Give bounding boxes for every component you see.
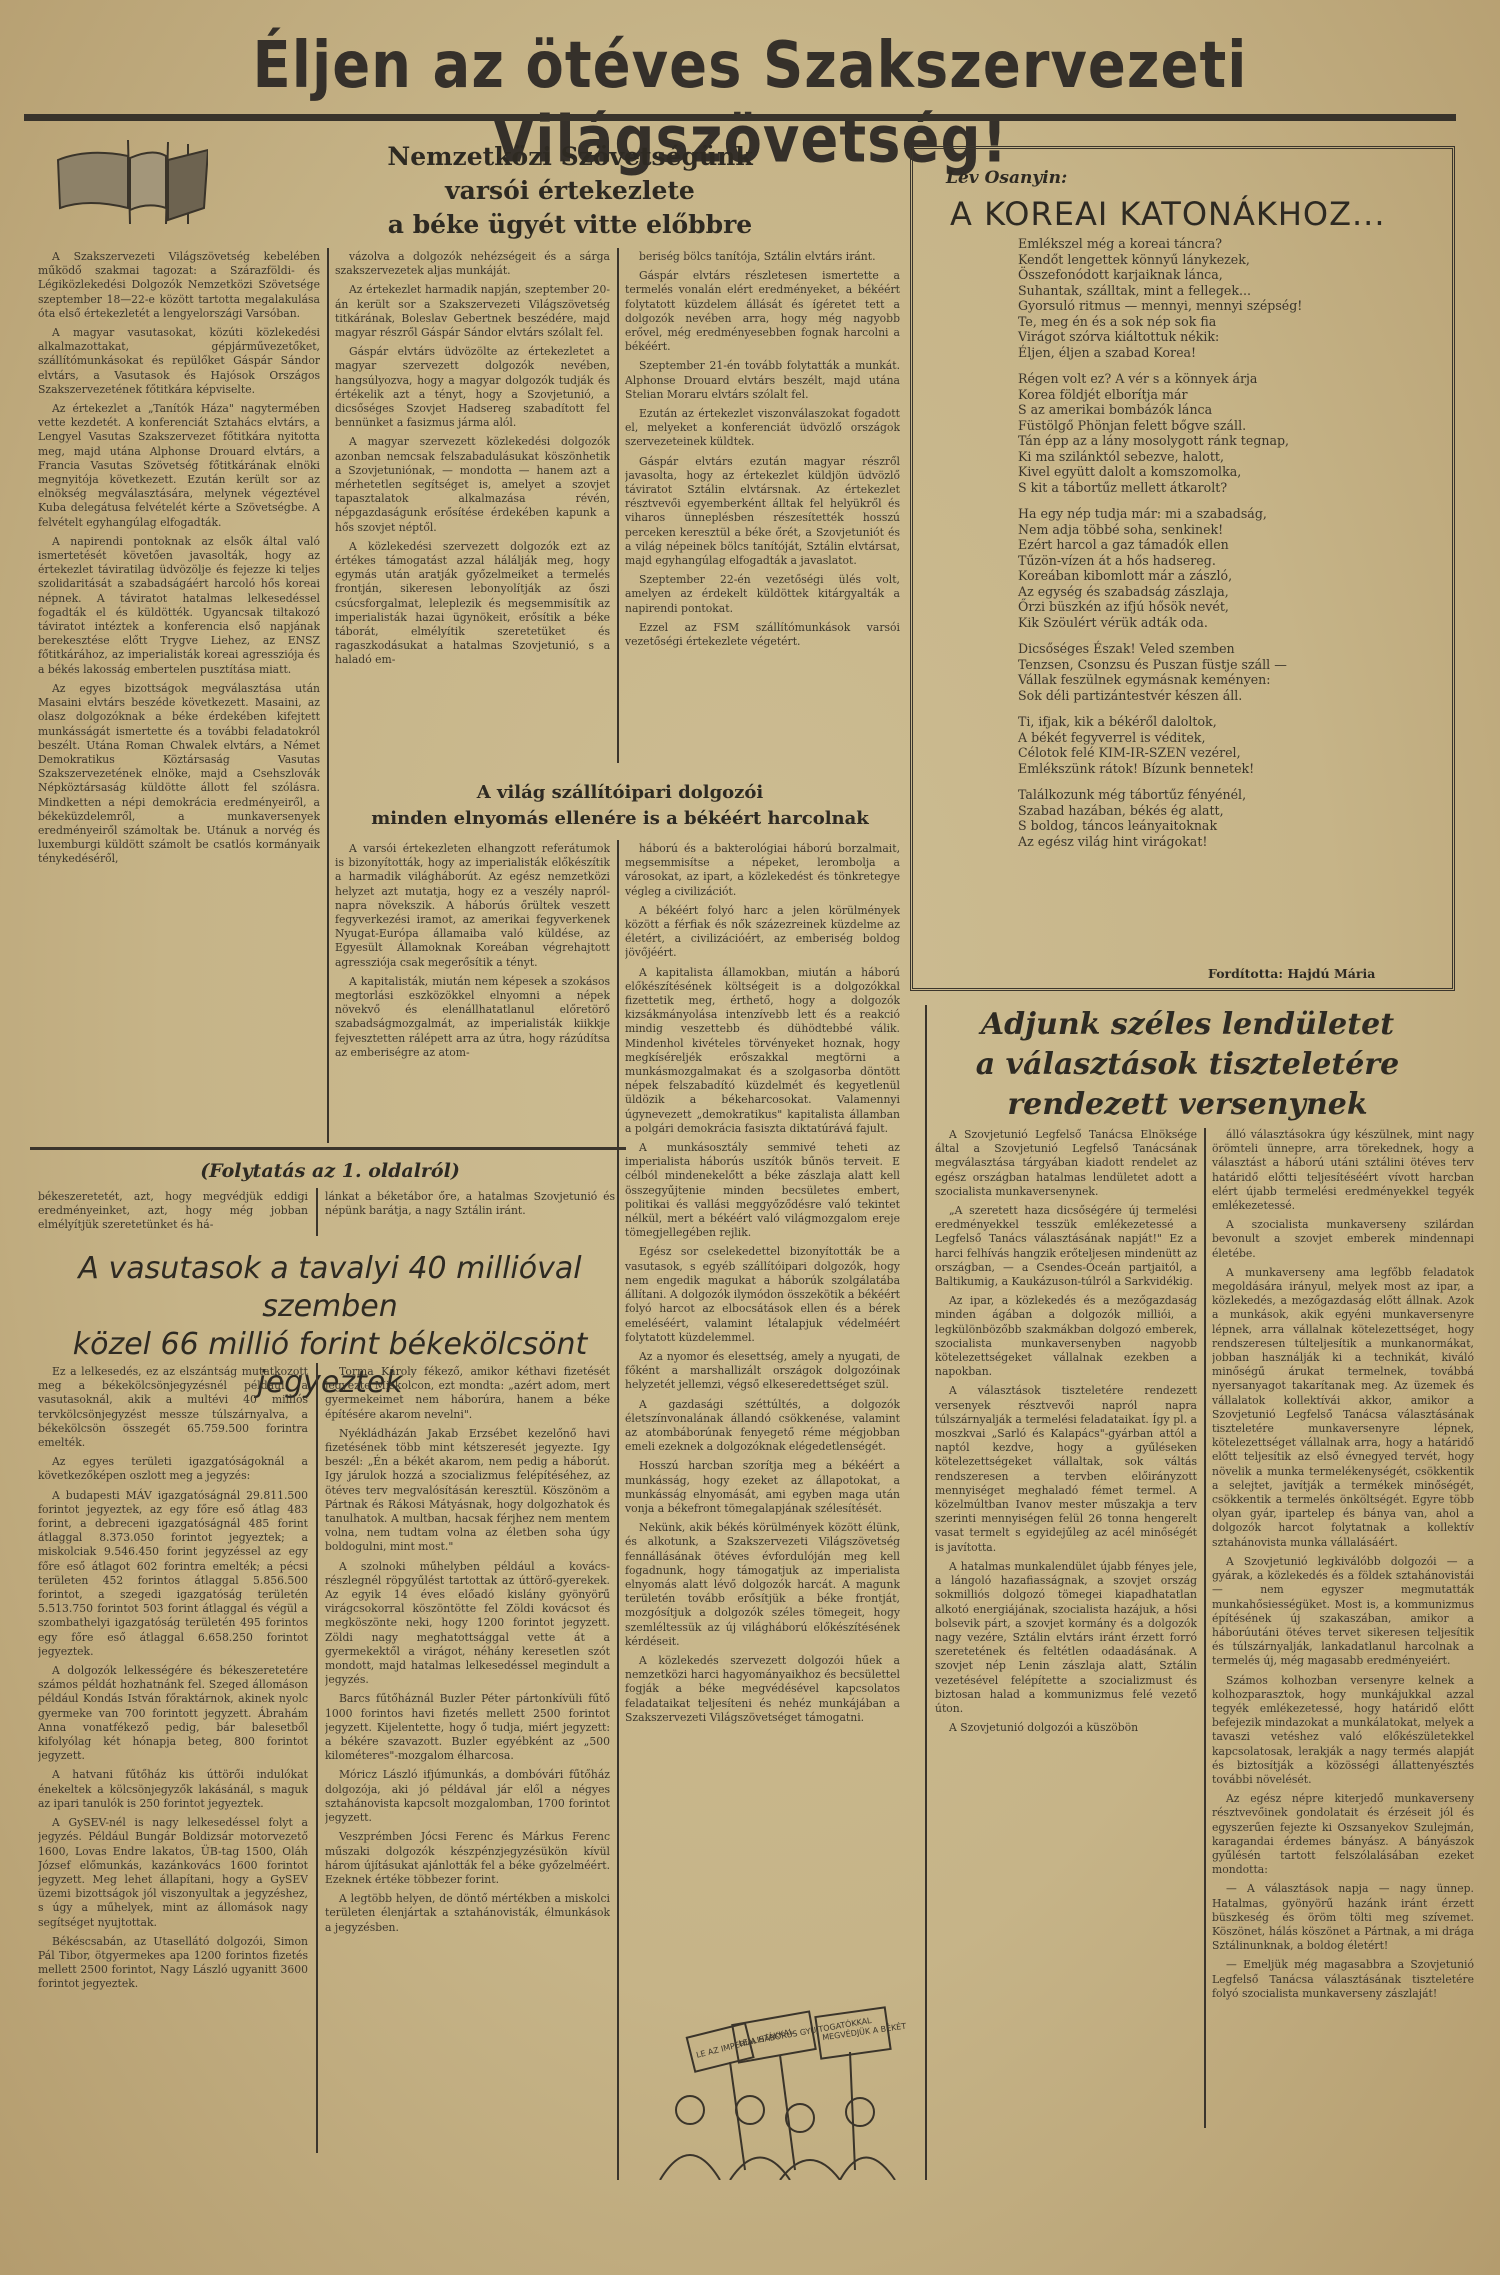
poem-line: Emlékszel még a koreai táncra? bbox=[1018, 236, 1438, 252]
paragraph: Hosszú harcban szorítja meg a békéért a … bbox=[625, 1459, 900, 1516]
paragraph: Számos kolhozban versenyre kelnek a kolh… bbox=[1212, 1674, 1474, 1788]
article-warsaw-col1: A Szakszervezeti Világszövetség kebelébe… bbox=[38, 250, 320, 1140]
poem-stanza: Dicsőséges Észak! Veled szembenTenzsen, … bbox=[1018, 641, 1438, 703]
paragraph: Nyékládházán Jakab Erzsébet kezelőnő hav… bbox=[325, 1427, 610, 1555]
paragraph: A kapitalisták, miután nem képesek a szo… bbox=[335, 975, 610, 1060]
paragraph: A gazdasági széttúltés, a dolgozók élets… bbox=[625, 1398, 900, 1455]
poem-line: A békét fegyverrel is véditek, bbox=[1018, 730, 1438, 746]
paragraph: beriség bölcs tanítója, Sztálin elvtárs … bbox=[625, 250, 900, 264]
paragraph: Torma Károly fékező, amikor kéthavi fize… bbox=[325, 1365, 610, 1422]
article-railway-col2: Torma Károly fékező, amikor kéthavi fize… bbox=[325, 1365, 610, 2155]
paragraph: — Emeljük még magasabbra a Szovjetunió L… bbox=[1212, 1958, 1474, 2001]
continued-col2: lánkat a béketábor őre, a hatalmas Szovj… bbox=[325, 1190, 615, 1236]
paragraph: A békéért folyó harc a jelen körülmények… bbox=[625, 904, 900, 961]
headline-transport-workers: A világ szállítóipari dolgozói minden el… bbox=[330, 780, 910, 832]
column-divider bbox=[617, 248, 619, 763]
poem-line: Ha egy nép tudja már: mi a szabadság, bbox=[1018, 506, 1438, 522]
article-warsaw-col3: beriség bölcs tanítója, Sztálin elvtárs … bbox=[625, 250, 900, 765]
paragraph: Barcs fűtőháznál Buzler Péter pártonkívü… bbox=[325, 1692, 610, 1763]
demonstration-illustration: LE AZ IMPERIALISTÁKKAL LE A HÁBORÚS GYUJ… bbox=[650, 2000, 910, 2180]
paragraph: A közlekedési szervezett dolgozók ezt az… bbox=[335, 540, 610, 668]
poem-line: Régen volt ez? A vér s a könnyek árja bbox=[1018, 371, 1438, 387]
poem-stanza: Emlékszel még a koreai táncra?Kendőt len… bbox=[1018, 236, 1438, 360]
article-transport-col2: háború és a bakterológiai háború borzalm… bbox=[625, 842, 900, 1970]
headline-competition: Adjunk széles lendületet a választások t… bbox=[915, 1005, 1460, 1125]
paragraph: A Szovjetunió legkiválóbb dolgozói — a g… bbox=[1212, 1555, 1474, 1669]
column-divider bbox=[925, 1005, 927, 2180]
paragraph: A Szovjetunió dolgozói a küszöbön bbox=[935, 1721, 1197, 1735]
poem-line: Virágot szórva kiáltottuk nékik: bbox=[1018, 329, 1438, 345]
paragraph: A kapitalista államokban, miután a hábor… bbox=[625, 966, 900, 1136]
headline-line: A világ szállítóipari dolgozói bbox=[330, 780, 910, 806]
poem-line: Az egység és szabadság zászlaja, bbox=[1018, 584, 1438, 600]
paragraph: vázolva a dolgozók nehézségeit és a sárg… bbox=[335, 250, 610, 278]
poem-line: Füstölgő Phönjan felett bőgve száll. bbox=[1018, 418, 1438, 434]
poem-line: Kendőt lengettek könnyű lánykezek, bbox=[1018, 252, 1438, 268]
poem-line: Célotok felé KIM-IR-SZEN vezérel, bbox=[1018, 745, 1438, 761]
paragraph: A Szovjetunió Legfelső Tanácsa Elnöksége… bbox=[935, 1128, 1197, 1199]
paragraph: Ezután az értekezlet viszonválaszokat fo… bbox=[625, 407, 900, 450]
poem-line: Találkozunk még tábortűz fényénél, bbox=[1018, 787, 1438, 803]
headline-line: a választások tiszteletére bbox=[915, 1045, 1460, 1085]
paragraph: A napirendi pontoknak az elsők által val… bbox=[38, 535, 320, 677]
poem-line: Őrzi büszkén az ifjú hősök nevét, bbox=[1018, 599, 1438, 615]
paragraph: A munkásosztály semmivé teheti az imperi… bbox=[625, 1141, 900, 1240]
poem-line: Koreában kibomlott már a zászló, bbox=[1018, 568, 1438, 584]
poem-line: Gyorsuló ritmus — mennyi, mennyi szépség… bbox=[1018, 298, 1438, 314]
poem-line: Te, meg én és a sok nép sok fia bbox=[1018, 314, 1438, 330]
column-divider bbox=[1204, 1128, 1206, 2128]
paragraph: Móricz László ifjúmunkás, a dombóvári fű… bbox=[325, 1768, 610, 1825]
paragraph: A magyar vasutasokat, közúti közlekedési… bbox=[38, 326, 320, 397]
poem-line: Ti, ifjak, kik a békéről daloltok, bbox=[1018, 714, 1438, 730]
section-rule bbox=[30, 1147, 626, 1150]
paragraph: Gáspár elvtárs ezután magyar részről jav… bbox=[625, 455, 900, 569]
poem-line: S boldog, táncos leányaitoknak bbox=[1018, 818, 1438, 834]
poem-line: S kit a tábortűz mellett átkarolt? bbox=[1018, 480, 1438, 496]
column-divider bbox=[617, 840, 619, 2180]
paragraph: A legtöbb helyen, de döntő mértékben a m… bbox=[325, 1892, 610, 1935]
paragraph: lánkat a béketábor őre, a hatalmas Szovj… bbox=[325, 1190, 615, 1218]
poem-line: Tenzsen, Csonzsu és Puszan füstje száll … bbox=[1018, 657, 1438, 673]
headline-line: Nemzetközi Szövetségünk bbox=[240, 140, 900, 174]
paragraph: Az egyes területi igazgatóságoknál a köv… bbox=[38, 1455, 308, 1483]
paragraph: A szocialista munkaverseny szilárdan bev… bbox=[1212, 1218, 1474, 1261]
paragraph: A közlekedés szervezett dolgozói hűek a … bbox=[625, 1654, 900, 1725]
paragraph: Gáspár elvtárs részletesen ismertette a … bbox=[625, 269, 900, 354]
poem-line: Ki ma szilánktól sebezve, halott, bbox=[1018, 449, 1438, 465]
headline-warsaw-conference: Nemzetközi Szövetségünk varsói értekezle… bbox=[240, 140, 900, 242]
poem-line: Suhantak, szálltak, mint a fellegek... bbox=[1018, 283, 1438, 299]
headline-line: minden elnyomás ellenére is a békéért ha… bbox=[330, 806, 910, 832]
paragraph: Gáspár elvtárs üdvözölte az értekezletet… bbox=[335, 345, 610, 430]
poem-line: Korea földjét elborítja már bbox=[1018, 387, 1438, 403]
article-warsaw-col2: vázolva a dolgozók nehézségeit és a sárg… bbox=[335, 250, 610, 765]
poem-author: Lev Osanyin: bbox=[946, 168, 1067, 188]
poem-line: Éljen, éljen a szabad Korea! bbox=[1018, 345, 1438, 361]
paragraph: A varsói értekezleten elhangzott referát… bbox=[335, 842, 610, 970]
article-railway-col1: Ez a lelkesedés, ez az elszántság mutatk… bbox=[38, 1365, 308, 2185]
poem-line: Dicsőséges Észak! Veled szemben bbox=[1018, 641, 1438, 657]
paragraph: A hatalmas munkalendület újabb fényes je… bbox=[935, 1560, 1197, 1716]
poem-body: Emlékszel még a koreai táncra?Kendőt len… bbox=[1018, 236, 1438, 860]
paragraph: Veszprémben Jócsi Ferenc és Márkus Feren… bbox=[325, 1830, 610, 1887]
article-competition-col2: álló választásokra úgy készülnek, mint n… bbox=[1212, 1128, 1474, 2128]
poem-line: Kik Szöulért vérük adták oda. bbox=[1018, 615, 1438, 631]
headline-line: Adjunk széles lendületet bbox=[915, 1005, 1460, 1045]
paragraph: Az ipar, a közlekedés és a mezőgazdaság … bbox=[935, 1294, 1197, 1379]
paragraph: A magyar szervezett közlekedési dolgozók… bbox=[335, 435, 610, 534]
paragraph: Az értekezlet a „Tanítók Háza" nagytermé… bbox=[38, 402, 320, 530]
poem-line: Ezért harcol a gaz támadók ellen bbox=[1018, 537, 1438, 553]
poem-translator: Fordította: Hajdú Mária bbox=[1208, 966, 1375, 981]
paragraph: Az egyes bizottságok megválasztása után … bbox=[38, 682, 320, 867]
paragraph: Az egész népre kiterjedő munkaverseny ré… bbox=[1212, 1792, 1474, 1877]
column-divider bbox=[316, 1363, 318, 2153]
poem-line: Tán épp az a lány mosolygott ránk tegnap… bbox=[1018, 433, 1438, 449]
paragraph: Békéscsabán, az Utasellátó dolgozói, Sim… bbox=[38, 1935, 308, 1992]
poem-line: Az egész világ hint virágokat! bbox=[1018, 834, 1438, 850]
paragraph: békeszeretetét, azt, hogy megvédjük eddi… bbox=[38, 1190, 308, 1233]
poem-line: Kivel együtt dalolt a komszomolka, bbox=[1018, 464, 1438, 480]
column-divider bbox=[316, 1188, 318, 1236]
headline-line: A vasutasok a tavalyi 40 millióval szemb… bbox=[30, 1250, 630, 1326]
paragraph: Egész sor cselekedettel bizonyították be… bbox=[625, 1245, 900, 1344]
paragraph: Ez a lelkesedés, ez az elszántság mutatk… bbox=[38, 1365, 308, 1450]
poem-stanza: Ha egy nép tudja már: mi a szabadság,Nem… bbox=[1018, 506, 1438, 630]
column-divider bbox=[327, 248, 329, 1143]
paragraph: A szolnoki műhelyben például a kovács-ré… bbox=[325, 1560, 610, 1688]
paragraph: Ezzel az FSM szállítómunkások varsói vez… bbox=[625, 621, 900, 649]
masthead-rule bbox=[24, 114, 1456, 121]
paragraph: A GySEV-nél is nagy lelkesedéssel folyt … bbox=[38, 1816, 308, 1930]
paragraph: A választások tiszteletére rendezett ver… bbox=[935, 1384, 1197, 1554]
headline-line: közel 66 millió forint békekölcsönt bbox=[30, 1326, 630, 1364]
article-competition-col1: A Szovjetunió Legfelső Tanácsa Elnöksége… bbox=[935, 1128, 1197, 2128]
poem-stanza: Régen volt ez? A vér s a könnyek árjaKor… bbox=[1018, 371, 1438, 495]
paragraph: Szeptember 22-én vezetőségi ülés volt, a… bbox=[625, 573, 900, 616]
paragraph: háború és a bakterológiai háború borzalm… bbox=[625, 842, 900, 899]
poem-line: S az amerikai bombázók lánca bbox=[1018, 402, 1438, 418]
poem-line: Vállak feszülnek egymásnak keményen: bbox=[1018, 672, 1438, 688]
headline-line: a béke ügyét vitte előbbre bbox=[240, 208, 900, 242]
paragraph: — A választások napja — nagy ünnep. Hata… bbox=[1212, 1882, 1474, 1953]
poem-line: Tűzön-vízen át a hős hadsereg. bbox=[1018, 553, 1438, 569]
paragraph: A dolgozók lelkességére és békeszereteté… bbox=[38, 1664, 308, 1763]
paragraph: A budapesti MÁV igazgatóságnál 29.811.50… bbox=[38, 1489, 308, 1659]
article-transport-col1: A varsói értekezleten elhangzott referát… bbox=[335, 842, 610, 1142]
poem-title: A KOREAI KATONÁKHOZ... bbox=[950, 195, 1430, 233]
continued-col1: békeszeretetét, azt, hogy megvédjük eddi… bbox=[38, 1190, 308, 1236]
poem-stanza: Ti, ifjak, kik a békéről daloltok,A béké… bbox=[1018, 714, 1438, 776]
paragraph: „A szeretett haza dicsőségére új termelé… bbox=[935, 1204, 1197, 1289]
paragraph: Nekünk, akik békés körülmények között él… bbox=[625, 1521, 900, 1649]
paragraph: álló választásokra úgy készülnek, mint n… bbox=[1212, 1128, 1474, 1213]
paragraph: Az értekezlet harmadik napján, szeptembe… bbox=[335, 283, 610, 340]
poem-line: Sok déli partizántestvér készen áll. bbox=[1018, 688, 1438, 704]
poem-line: Nem adja többé soha, senkinek! bbox=[1018, 522, 1438, 538]
poem-stanza: Találkozunk még tábortűz fényénél,Szabad… bbox=[1018, 787, 1438, 849]
flags-illustration bbox=[48, 138, 208, 226]
paragraph: A Szakszervezeti Világszövetség kebelébe… bbox=[38, 250, 320, 321]
paragraph: Az a nyomor és elesettség, amely a nyuga… bbox=[625, 1350, 900, 1393]
paragraph: A munkaverseny ama legfőbb feladatok meg… bbox=[1212, 1266, 1474, 1550]
paragraph: A hatvani fűtőház kis úttörői indulókat … bbox=[38, 1768, 308, 1811]
poem-line: Összefonódott karjaiknak lánca, bbox=[1018, 267, 1438, 283]
headline-line: varsói értekezlete bbox=[240, 174, 900, 208]
continued-label: (Folytatás az 1. oldalról) bbox=[30, 1160, 630, 1182]
poem-line: Emlékszünk rátok! Bízunk bennetek! bbox=[1018, 761, 1438, 777]
headline-line: rendezett versenynek bbox=[915, 1085, 1460, 1125]
paragraph: Szeptember 21-én tovább folytatták a mun… bbox=[625, 359, 900, 402]
poem-line: Szabad hazában, békés ég alatt, bbox=[1018, 803, 1438, 819]
